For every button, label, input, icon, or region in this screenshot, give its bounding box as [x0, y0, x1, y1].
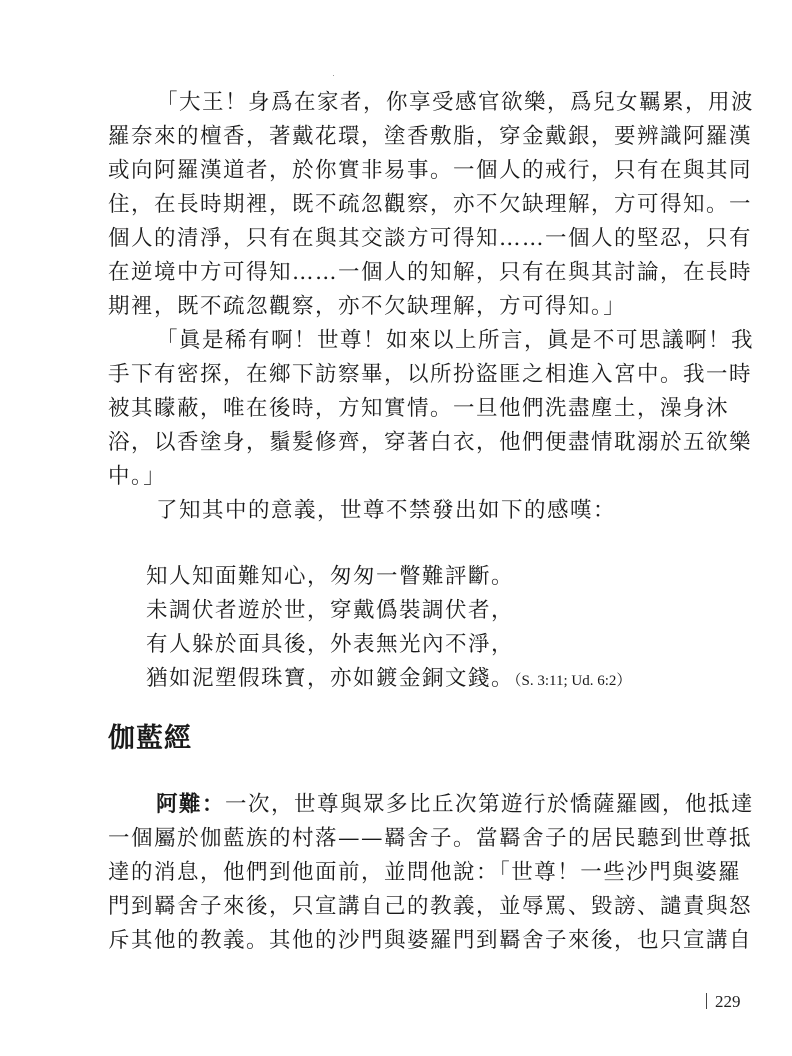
text-line: 個人的清淨，只有在與其交談方可得知……一個人的堅忍，只有 — [108, 222, 708, 256]
verse-citation: （S. 3:11; Ud. 6:2） — [514, 673, 631, 689]
verse-line: 未調伏者遊於世，穿戴僞裝調伏者， — [108, 594, 708, 628]
text-line: 浴，以香塗身，鬚髮修齊，穿著白衣，他們便盡情耽溺於五欲樂 — [108, 426, 708, 460]
text-line: 或向阿羅漢道者，於你實非易事。一個人的戒行，只有在與其同 — [108, 154, 708, 188]
text-line: 期裡，既不疏忽觀察，亦不欠缺理解，方可得知。」 — [108, 290, 708, 324]
text-line: 門到羇舍子來後，只宣講自己的教義，並辱罵、毀謗、譴責與怒 — [108, 890, 708, 924]
text-line: 一個屬於伽藍族的村落——羇舍子。當羇舍子的居民聽到世尊抵 — [108, 822, 708, 856]
paragraph-buddha-exclaims: 了知其中的意義，世尊不禁發出如下的感嘆： — [108, 494, 708, 528]
text-line: 手下有密探，在鄉下訪察畢，以所扮盜匪之相進入宮中。我一時 — [108, 358, 708, 392]
text-line: 斥其他的教義。其他的沙門與婆羅門到羇舍子來後，也只宣講自 — [108, 924, 708, 958]
speaker-label: 阿難： — [156, 792, 225, 817]
text-line: 中。」 — [108, 460, 708, 494]
book-page: 「大王！身爲在家者，你享受感官欲樂，爲兒女羈累，用波 羅奈來的檀香，著戴花環，塗… — [0, 0, 792, 1056]
verse-text: 猶如泥塑假珠寶，亦如鍍金銅文錢。 — [146, 666, 514, 691]
text-line: 了知其中的意義，世尊不禁發出如下的感嘆： — [108, 494, 708, 528]
page-number-text: 229 — [715, 992, 741, 1011]
verse-line: 有人躲於面具後，外表無光內不淨， — [108, 628, 708, 662]
verse-line: 知人知面難知心，匆匆一瞥難評斷。 — [108, 560, 708, 594]
verse-block: 知人知面難知心，匆匆一瞥難評斷。 未調伏者遊於世，穿戴僞裝調伏者， 有人躲於面具… — [108, 560, 708, 696]
text-line: 住，在長時期裡，既不疏忽觀察，亦不欠缺理解，方可得知。一 — [108, 188, 708, 222]
print-speck — [333, 75, 334, 76]
text-line: 阿難：一次，世尊與眾多比丘次第遊行於憍薩羅國，他抵達 — [108, 788, 708, 822]
text-line: 羅奈來的檀香，著戴花環，塗香敷脂，穿金戴銀，要辨識阿羅漢 — [108, 120, 708, 154]
section-heading: 伽藍經 — [108, 716, 192, 755]
text-line: 「大王！身爲在家者，你享受感官欲樂，爲兒女羈累，用波 — [108, 86, 708, 120]
text-line: 「眞是稀有啊！世尊！如來以上所言，眞是不可思議啊！我 — [108, 324, 708, 358]
line-text: 一次，世尊與眾多比丘次第遊行於憍薩羅國，他抵達 — [225, 792, 754, 817]
folio-divider — [706, 993, 707, 1009]
text-line: 被其矇蔽，唯在後時，方知實情。一旦他們洗盡塵土，澡身沐 — [108, 392, 708, 426]
paragraph-kalama: 阿難：一次，世尊與眾多比丘次第遊行於憍薩羅國，他抵達 一個屬於伽藍族的村落——羇… — [108, 788, 708, 958]
text-line: 在逆境中方可得知……一個人的知解，只有在與其討論，在長時 — [108, 256, 708, 290]
paragraph-king-reply: 「眞是稀有啊！世尊！如來以上所言，眞是不可思議啊！我 手下有密探，在鄉下訪察畢，… — [108, 324, 708, 494]
page-number: 229 — [706, 992, 741, 1012]
paragraph-king-quote: 「大王！身爲在家者，你享受感官欲樂，爲兒女羈累，用波 羅奈來的檀香，著戴花環，塗… — [108, 86, 708, 324]
verse-line: 猶如泥塑假珠寶，亦如鍍金銅文錢。（S. 3:11; Ud. 6:2） — [108, 662, 708, 696]
text-line: 達的消息，他們到他面前，並問他說：「世尊！一些沙門與婆羅 — [108, 856, 708, 890]
